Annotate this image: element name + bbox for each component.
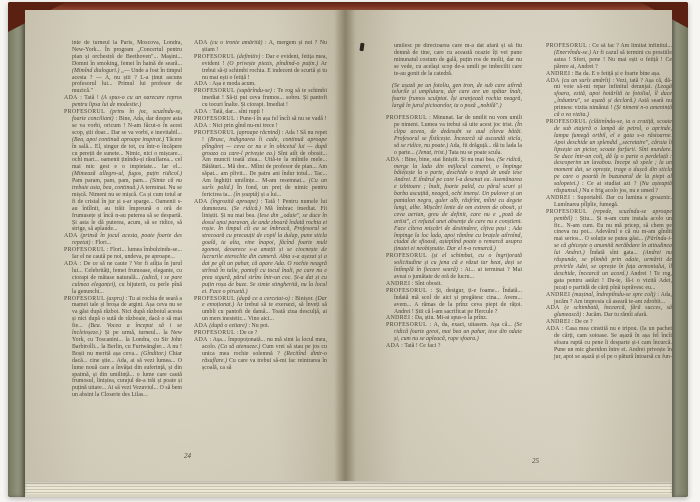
paragraph: PROFESORUL (după ce a cercetat-o) : Bini… (194, 296, 327, 324)
paragraph: PROFESORUL (și el schimbat, cu o îngrijo… (386, 253, 522, 281)
paragraph: ADA : Casa mea cinstită nu e tripou. (Ia… (546, 326, 672, 361)
right-page-column-2: PROFESORUL : Ce să fac ? Am limitat infi… (546, 43, 672, 467)
paragraph: PROFESORUL : Flori... lumea îmbulzindu-s… (64, 247, 182, 261)
paragraph: ADA : Nici prin gînd nu-mi trece ! (194, 123, 327, 130)
paragraph: PROFESORUL (clătinîndu-se, ia o cratiță,… (546, 119, 672, 195)
paragraph: ADA : De ce să ne caute ? Vor fi atîția … (64, 261, 182, 296)
left-page-column-2: ADA (cu o ironie amărîtă) : A, mergem și… (194, 40, 327, 466)
paragraph: PROFESORUL (supărîndu-se) : Te rog să te… (194, 88, 327, 109)
paragraph: ADA : Tată, dar... sînt rupți ! (194, 109, 327, 116)
paragraph: PROFESORUL : Ce să fac ? Am limitat infi… (546, 43, 672, 71)
paragraph: ANDREI : Ba da. E o fetiță și e foarte b… (546, 71, 672, 78)
paragraph: PROFESORUL : Pune-i în așa fel încît să … (194, 116, 327, 123)
paragraph: ADA : Tată ! (A spus-o cu un oarecare re… (64, 95, 182, 109)
paragraph: ADA (prinsă în jocul acesta, poate foart… (64, 233, 182, 247)
paragraph: inte de turneul la Paris, Moscova, Londr… (64, 40, 182, 95)
paragraph: PROFESORUL : Minunat. Iar de umilit nu v… (386, 115, 522, 156)
paragraph: PROFESORUL : De ce ? (194, 330, 327, 337)
paragraph: PROFESORUL (aproape răcnind) : Ada ! Să … (194, 130, 327, 199)
paragraph: umilesc pe directoarea care m-a dat afar… (386, 43, 522, 78)
page-number-right: 25 (532, 457, 539, 465)
paragraph: PROFESORUL (definitiv) : Dar e evident, … (194, 54, 327, 82)
paragraph: PROFESORUL (prins în joc, scuzîndu-se, f… (64, 109, 182, 233)
book-cover-edge-right (672, 7, 688, 497)
paragraph: ADA (cu o ironie amărîtă) : A, mergem și… (194, 40, 327, 54)
book-cover-edge-left (8, 7, 25, 497)
page-gutter-shadow (334, 10, 356, 483)
open-book: inte de turneul la Paris, Moscova, Londr… (8, 2, 688, 497)
photo-background: inte de turneul la Paris, Moscova, Londr… (0, 0, 700, 502)
paragraph: PROFESORUL (aspru) : Tu ai rochia de sea… (64, 296, 182, 400)
paragraph: ANDREI : Sînt obosit. (386, 281, 522, 288)
paragraph: ADA : Așa... împopoțonată... nu mă simt … (194, 337, 327, 372)
paragraph: ADA (cu un surîs amărît) : Vezi, tată ? … (546, 78, 672, 119)
paragraph: ANDREI : Suportabil. Dar cu lumina e gro… (546, 195, 672, 209)
page-bottom-edges (25, 481, 672, 494)
left-page-column-1: inte de turneul la Paris, Moscova, Londr… (64, 40, 182, 466)
paragraph: PROFESORUL (repede, scuzîndu-se aproape … (546, 209, 672, 292)
paragraph: (Se așază pe un fotoliu, gen tron, de su… (392, 83, 522, 111)
paragraph: PROFESORUL : Și, desigur, ți-e foame... … (386, 288, 522, 316)
paragraph: ADA (îngrozită aproape) : Tată ! Pentru … (194, 199, 327, 296)
paragraph: PROFESORUL : A, da, exact, uitasem. Așa … (386, 322, 522, 343)
paragraph: ADA (e schimbată, încearcă, fără succes,… (546, 305, 672, 319)
right-page-column-1: umilesc pe directoarea care m-a dat afar… (386, 43, 522, 467)
paragraph: ADA (după o ezitare) : Nu pot. (194, 323, 327, 330)
paragraph: ADA : Tată ! Ce faci ? (386, 343, 522, 350)
page-number-left: 24 (184, 452, 191, 460)
paragraph: ADA : Bine, bine, stai liniștit. Și nu m… (386, 157, 522, 254)
paragraph: ANDREI (mașinal, îndreptîndu-se spre col… (546, 292, 672, 306)
book-cover-edge-top (8, 2, 688, 10)
